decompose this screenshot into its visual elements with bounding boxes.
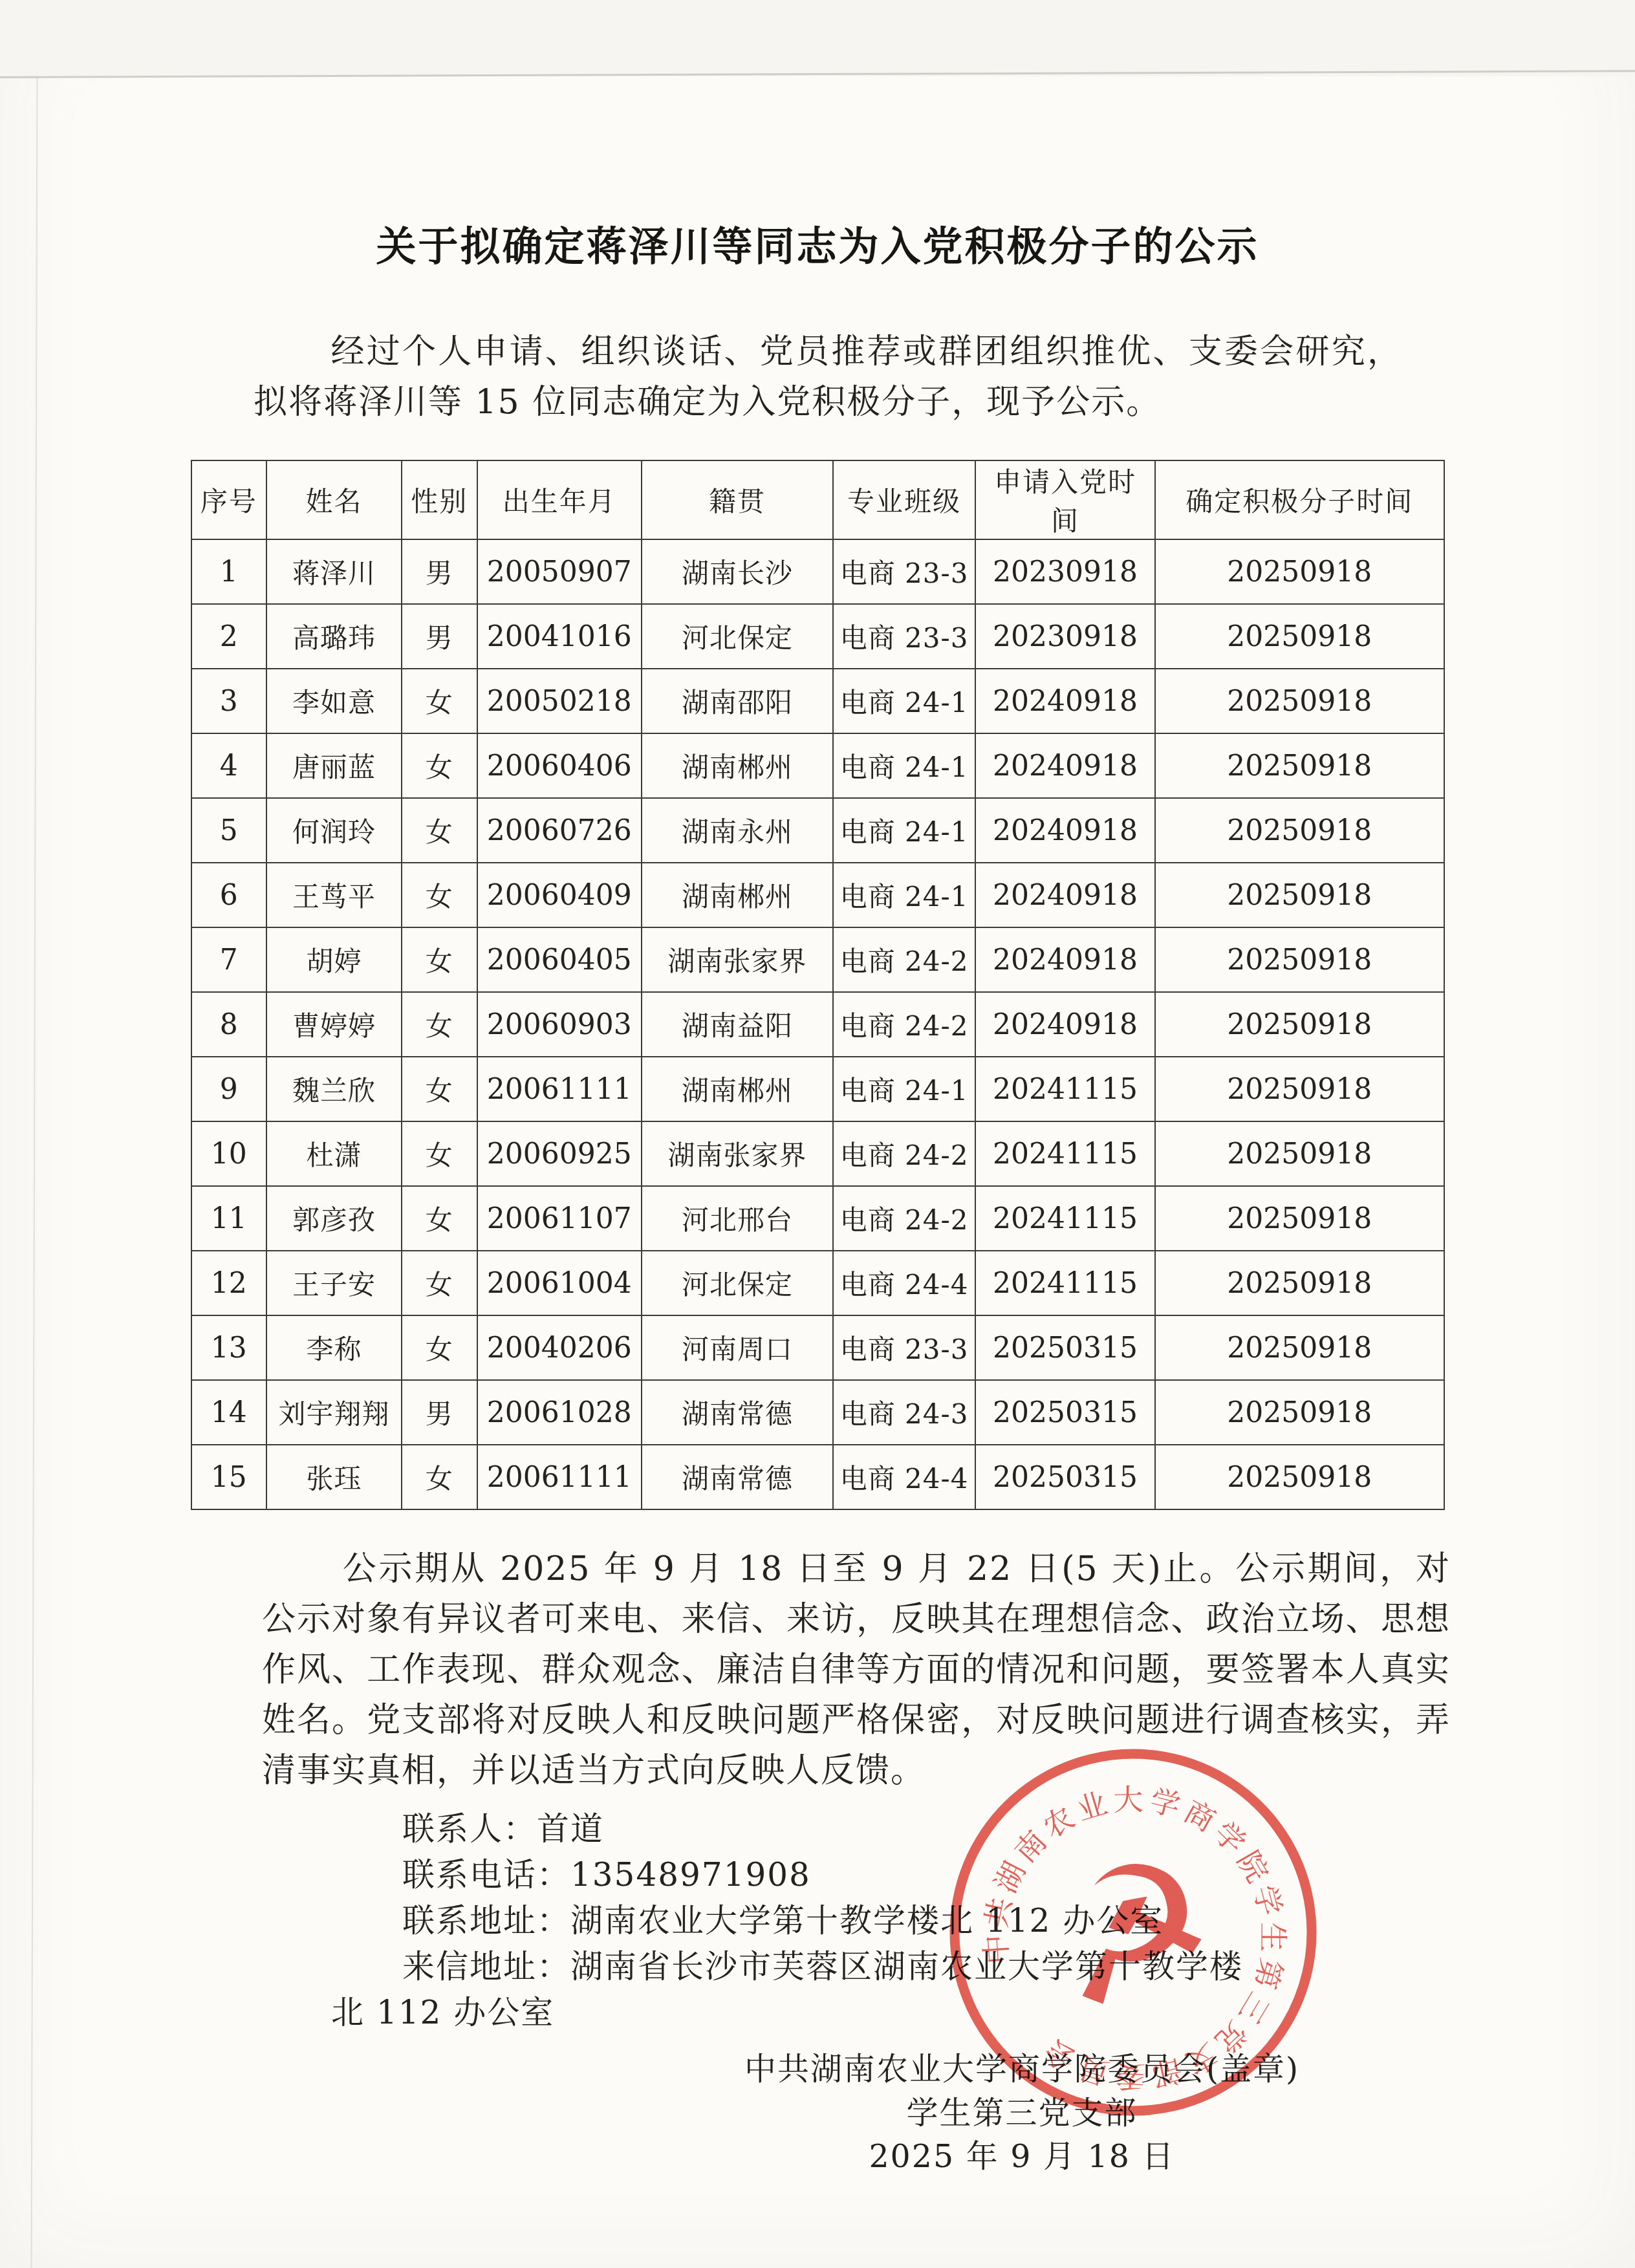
contact-label: 来信地址： — [402, 1948, 570, 1985]
table-cell: 男 — [402, 1380, 477, 1445]
table-cell: 胡婷 — [266, 927, 402, 992]
table-row: 8曹婷婷女20060903湖南益阳电商 24-22024091820250918 — [191, 992, 1444, 1057]
table-cell: 20250918 — [1155, 669, 1444, 733]
table-cell: 唐丽蓝 — [266, 733, 402, 798]
signature-org: 中共湖南农业大学商学院委员会(盖章) — [621, 2047, 1423, 2091]
table-cell: 20241115 — [975, 1057, 1155, 1121]
table-cell: 20250918 — [1155, 863, 1444, 927]
notice-paragraph: 公示期从 2025 年 9 月 18 日至 9 月 22 日(5 天)止。公示期… — [262, 1544, 1451, 1796]
table-cell: 电商 23-3 — [833, 1315, 975, 1380]
table-cell: 王茑平 — [266, 863, 402, 927]
table-cell: 女 — [402, 1186, 477, 1251]
table-row: 2高璐玮男20041016河北保定电商 23-32023091820250918 — [191, 604, 1444, 669]
table-cell: 男 — [402, 604, 477, 669]
table-cell: 20061028 — [477, 1380, 642, 1445]
contact-block: 联系人：首道 联系电话：13548971908 联系地址：湖南农业大学第十教学楼… — [0, 1806, 1635, 2036]
signature-date: 2025 年 9 月 18 日 — [621, 2135, 1423, 2179]
table-row: 10杜潇女20060925湖南张家界电商 24-2202411152025091… — [191, 1121, 1444, 1186]
table-cell: 女 — [402, 669, 477, 733]
table-cell: 湖南张家界 — [642, 927, 833, 992]
table-cell: 20240918 — [975, 927, 1155, 992]
contact-label: 联系电话： — [402, 1856, 570, 1894]
table-cell: 20060409 — [477, 863, 642, 927]
table-cell: 电商 24-2 — [833, 1186, 975, 1251]
table-cell: 20250918 — [1155, 1445, 1444, 1509]
table-cell: 河北保定 — [642, 1251, 833, 1315]
intro-paragraph: 经过个人申请、组织谈话、党员推荐或群团组织推优、支委会研究，拟将蒋泽川等 15 … — [254, 327, 1402, 427]
table-cell: 李如意 — [266, 669, 402, 733]
table-cell: 蒋泽川 — [266, 539, 402, 604]
table-cell: 20240918 — [975, 798, 1155, 863]
scan-top-band — [0, 0, 1635, 76]
contact-value: 湖南农业大学第十教学楼北 112 办公室 — [570, 1902, 1164, 1939]
table-cell: 电商 24-2 — [833, 992, 975, 1057]
contact-value: 13548971908 — [570, 1856, 811, 1894]
table-cell: 电商 24-1 — [833, 669, 975, 733]
header-cell: 姓名 — [266, 460, 402, 539]
signature-branch: 学生第三党支部 — [621, 2091, 1423, 2135]
table-cell: 2 — [191, 604, 267, 669]
table-cell: 电商 24-2 — [833, 1121, 975, 1186]
table-cell: 电商 24-4 — [833, 1445, 975, 1509]
table-row: 12王子安女20061004河北保定电商 24-4202411152025091… — [191, 1251, 1444, 1315]
table-cell: 女 — [402, 1057, 477, 1121]
table-cell: 湖南郴州 — [642, 733, 833, 798]
table-cell: 湖南益阳 — [642, 992, 833, 1057]
table-cell: 20250315 — [975, 1380, 1155, 1445]
table-cell: 女 — [402, 992, 477, 1057]
table-cell: 20060925 — [477, 1121, 642, 1186]
contact-person-line: 联系人：首道 — [402, 1806, 1635, 1852]
contact-address-line: 联系地址：湖南农业大学第十教学楼北 112 办公室 — [402, 1898, 1635, 1944]
table-cell: 河北邢台 — [642, 1186, 833, 1251]
table-cell: 电商 23-3 — [833, 604, 975, 669]
table-cell: 王子安 — [266, 1251, 402, 1315]
table-row: 11郭彦孜女20061107河北邢台电商 24-2202411152025091… — [191, 1186, 1444, 1251]
table-cell: 电商 24-1 — [833, 1057, 975, 1121]
table-cell: 张珏 — [266, 1445, 402, 1509]
contact-phone-line: 联系电话：13548971908 — [402, 1852, 1635, 1898]
table-cell: 刘宇翔翔 — [266, 1380, 402, 1445]
table-row: 5何润玲女20060726湖南永州电商 24-12024091820250918 — [191, 798, 1444, 863]
table-cell: 1 — [191, 539, 267, 604]
table-cell: 20240918 — [975, 992, 1155, 1057]
table-cell: 20250918 — [1155, 1057, 1444, 1121]
table-cell: 女 — [402, 1251, 477, 1315]
table-cell: 14 — [191, 1380, 267, 1445]
table-cell: 20240918 — [975, 733, 1155, 798]
table-row: 15张珏女20061111湖南常德电商 24-42025031520250918 — [191, 1445, 1444, 1509]
table-cell: 7 — [191, 927, 267, 992]
table-cell: 20060903 — [477, 992, 642, 1057]
table-row: 9魏兰欣女20061111湖南郴州电商 24-12024111520250918 — [191, 1057, 1444, 1121]
table-cell: 4 — [191, 733, 267, 798]
candidates-table: 序号姓名性别出生年月籍贯专业班级申请入党时间确定积极分子时间 1蒋泽川男2005… — [191, 460, 1445, 1510]
table-cell: 3 — [191, 669, 267, 733]
table-cell: 电商 23-3 — [833, 539, 975, 604]
header-cell: 出生年月 — [477, 460, 642, 539]
table-cell: 湖南邵阳 — [642, 669, 833, 733]
table-cell: 20240918 — [975, 669, 1155, 733]
table-row: 4唐丽蓝女20060406湖南郴州电商 24-12024091820250918 — [191, 733, 1444, 798]
table-cell: 郭彦孜 — [266, 1186, 402, 1251]
table-cell: 20061107 — [477, 1186, 642, 1251]
table-cell: 6 — [191, 863, 267, 927]
table-cell: 20041016 — [477, 604, 642, 669]
table-cell: 20250918 — [1155, 1315, 1444, 1380]
table-cell: 女 — [402, 1315, 477, 1380]
table-cell: 20050907 — [477, 539, 642, 604]
table-cell: 河南周口 — [642, 1315, 833, 1380]
header-cell: 性别 — [402, 460, 477, 539]
table-cell: 湖南张家界 — [642, 1121, 833, 1186]
table-cell: 电商 24-1 — [833, 733, 975, 798]
table-header-row: 序号姓名性别出生年月籍贯专业班级申请入党时间确定积极分子时间 — [191, 460, 1444, 539]
table-row: 3李如意女20050218湖南邵阳电商 24-12024091820250918 — [191, 669, 1444, 733]
table-cell: 湖南常德 — [642, 1445, 833, 1509]
table-cell: 湖南永州 — [642, 798, 833, 863]
document-page: 关于拟确定蒋泽川等同志为入党积极分子的公示 经过个人申请、组织谈话、党员推荐或群… — [0, 0, 1635, 2268]
table-cell: 男 — [402, 539, 477, 604]
table-cell: 女 — [402, 927, 477, 992]
table-cell: 20241115 — [975, 1121, 1155, 1186]
header-cell: 确定积极分子时间 — [1155, 460, 1444, 539]
header-cell: 序号 — [191, 460, 267, 539]
table-cell: 20230918 — [975, 539, 1155, 604]
table-cell: 5 — [191, 798, 267, 863]
table-cell: 20250918 — [1155, 992, 1444, 1057]
contact-label: 联系地址： — [402, 1902, 570, 1939]
table-cell: 女 — [402, 1121, 477, 1186]
table-cell: 女 — [402, 798, 477, 863]
table-cell: 曹婷婷 — [266, 992, 402, 1057]
table-cell: 20250918 — [1155, 1186, 1444, 1251]
table-row: 7胡婷女20060405湖南张家界电商 24-22024091820250918 — [191, 927, 1444, 992]
table-row: 1蒋泽川男20050907湖南长沙电商 23-32023091820250918 — [191, 539, 1444, 604]
contact-label: 联系人： — [402, 1810, 537, 1848]
table-cell: 电商 24-2 — [833, 927, 975, 992]
table-cell: 湖南常德 — [642, 1380, 833, 1445]
table-cell: 20241115 — [975, 1251, 1155, 1315]
table-cell: 女 — [402, 863, 477, 927]
table-cell: 湖南郴州 — [642, 1057, 833, 1121]
table-cell: 20241115 — [975, 1186, 1155, 1251]
table-cell: 13 — [191, 1315, 267, 1380]
table-cell: 9 — [191, 1057, 267, 1121]
table-cell: 20250918 — [1155, 733, 1444, 798]
table-cell: 20250918 — [1155, 604, 1444, 669]
table-cell: 杜潇 — [266, 1121, 402, 1186]
header-cell: 专业班级 — [833, 460, 975, 539]
table-cell: 20050218 — [477, 669, 642, 733]
contact-value: 湖南省长沙市芙蓉区湖南农业大学第十教学楼 — [570, 1948, 1243, 1985]
table-cell: 20240918 — [975, 863, 1155, 927]
table-cell: 何润玲 — [266, 798, 402, 863]
mail-address-line: 来信地址：湖南省长沙市芙蓉区湖南农业大学第十教学楼 — [402, 1944, 1635, 1990]
table-row: 13李称女20040206河南周口电商 23-32025031520250918 — [191, 1315, 1444, 1380]
table-cell: 电商 24-1 — [833, 798, 975, 863]
table-cell: 魏兰欣 — [266, 1057, 402, 1121]
table-cell: 15 — [191, 1445, 267, 1509]
table-cell: 20060406 — [477, 733, 642, 798]
contact-value: 首道 — [537, 1810, 604, 1848]
table-cell: 20250315 — [975, 1445, 1155, 1509]
table-cell: 20250918 — [1155, 1121, 1444, 1186]
header-cell: 籍贯 — [642, 460, 833, 539]
table-cell: 20250918 — [1155, 1251, 1444, 1315]
table-cell: 河北保定 — [642, 604, 833, 669]
table-cell: 20250918 — [1155, 539, 1444, 604]
table-cell: 女 — [402, 1445, 477, 1509]
table-cell: 12 — [191, 1251, 267, 1315]
table-cell: 女 — [402, 733, 477, 798]
table-cell: 20060726 — [477, 798, 642, 863]
table-cell: 湖南长沙 — [642, 539, 833, 604]
table-cell: 电商 24-3 — [833, 1380, 975, 1445]
table-cell: 8 — [191, 992, 267, 1057]
table-cell: 20230918 — [975, 604, 1155, 669]
table-row: 6王茑平女20060409湖南郴州电商 24-12024091820250918 — [191, 863, 1444, 927]
table-cell: 20061111 — [477, 1445, 642, 1509]
table-cell: 湖南郴州 — [642, 863, 833, 927]
signature-block: 中共湖南农业大学商学院委员会(盖章) 学生第三党支部 2025 年 9 月 18… — [621, 2047, 1423, 2179]
table-cell: 高璐玮 — [266, 604, 402, 669]
table-cell: 20250918 — [1155, 1380, 1444, 1445]
table-cell: 11 — [191, 1186, 267, 1251]
table-cell: 20040206 — [477, 1315, 642, 1380]
table-row: 14刘宇翔翔男20061028湖南常德电商 24-320250315202509… — [191, 1380, 1444, 1445]
table-cell: 10 — [191, 1121, 267, 1186]
table-cell: 20061111 — [477, 1057, 642, 1121]
table-cell: 李称 — [266, 1315, 402, 1380]
mail-address-wrap-line: 北 112 办公室 — [331, 1990, 1635, 2036]
table-cell: 20060405 — [477, 927, 642, 992]
table-cell: 电商 24-1 — [833, 863, 975, 927]
table-cell: 20250315 — [975, 1315, 1155, 1380]
table-cell: 20250918 — [1155, 798, 1444, 863]
header-cell: 申请入党时间 — [975, 460, 1155, 539]
table-cell: 20061004 — [477, 1251, 642, 1315]
table-cell: 20250918 — [1155, 927, 1444, 992]
table-cell: 电商 24-4 — [833, 1251, 975, 1315]
